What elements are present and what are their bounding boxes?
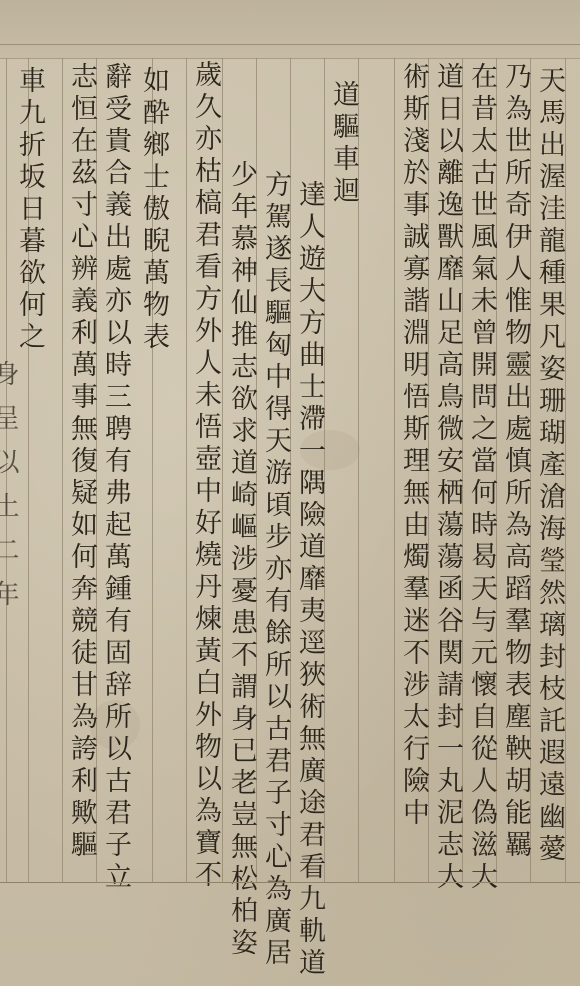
column-rule	[62, 58, 63, 882]
text-column-4: 道日以離逸獸靡山足高鳥微安栖蕩蕩函谷関請封一丸泥志大	[430, 62, 464, 894]
text-column-10: 歲久亦枯槁君看方外人未悟壺中好燒丹煉黃白外物以為寶不	[188, 60, 222, 892]
text-column-13: 志恒在茲寸心辨義利萬事無復疑如何奔競徒甘為誇利歟驅	[64, 62, 98, 862]
text-column-3: 在昔太古世風氣未曾開問之當何時曷天与元懷自從人偽滋大	[464, 62, 498, 894]
text-column-14: 車九折坂日暮欲何之	[12, 66, 46, 354]
text-column-11: 如酔鄉士傲睨萬物表	[136, 66, 170, 354]
top-border-rule	[0, 44, 580, 45]
text-column-9: 少年慕神仙推志欲求道崎嶇涉憂患不謂身已老豈無松柏姿	[224, 160, 258, 960]
top-margin	[0, 0, 580, 59]
text-column-1: 天馬出渥洼龍種果凡姿珊瑚產滄海瑩然璃封枝託遐遠幽薆	[532, 66, 566, 866]
text-column-2: 乃為世所奇伊人惟物靈出處慎所為高蹈羣物表塵鞅胡能羈	[498, 62, 532, 862]
column-rule	[186, 58, 187, 882]
text-column-8: 方駕遂長驅匈中得天游頃步亦有餘所以古君子寸心為廣居	[258, 170, 292, 970]
bottom-border-rule	[0, 882, 580, 883]
text-column-5: 術斯淺於事誠寡諧淵明悟斯理無由燭羣迷不涉太行險中	[396, 62, 430, 830]
cropped-left-column: 身呈以土二年	[0, 360, 23, 624]
text-column-6: 道驅車迴	[326, 80, 360, 208]
column-rule	[222, 58, 223, 882]
text-column-7: 達人遊大方曲士滯一隅險道靡夷逕狹術無廣途君看九軌道	[292, 180, 326, 980]
column-rule	[394, 58, 395, 882]
text-column-12: 辭受貴合義出處亦以時三聘有弗起萬鍾有固辞所以古君子立	[98, 62, 132, 894]
